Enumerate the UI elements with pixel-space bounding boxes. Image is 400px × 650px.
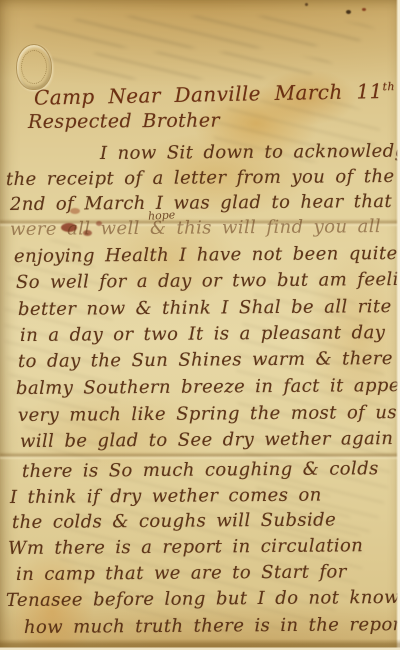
letter-line: better now & think I Shal be all rite xyxy=(18,295,392,321)
letter-line: how much truth there is in the report xyxy=(24,613,400,639)
bleedthrough-writing xyxy=(33,52,336,79)
letter-line: very much like Spring the most of us xyxy=(18,401,397,427)
paper-edge xyxy=(396,0,400,650)
letter-line: I think if dry wether comes on xyxy=(10,484,322,509)
letter-line: there is So much coughing & colds xyxy=(22,457,379,483)
letter-line: balmy Southern breeze in fact it appears xyxy=(16,374,400,400)
letter-line: I now Sit down to acknowledge xyxy=(100,140,400,165)
letter-line: Wm there is a report in circulation xyxy=(8,534,363,560)
salutation: Respected Brother xyxy=(28,109,220,134)
letter-line: 2nd of March I was glad to hear that you xyxy=(10,190,400,216)
letter-page: Camp Near Danville March 11th 1863 Respe… xyxy=(0,0,400,650)
foxing-speck xyxy=(305,3,308,6)
paper-edge xyxy=(0,639,400,650)
bleedthrough-writing xyxy=(24,16,379,48)
letter-line: enjoying Health I have not been quite xyxy=(14,242,398,268)
dateline-ordinal: th xyxy=(382,80,395,93)
dateline: Camp Near Danville March 11th 1863 xyxy=(34,74,400,110)
letter-line: will be glad to See dry wether again xyxy=(20,427,393,453)
letter-line: were all well & this will find you all xyxy=(10,215,381,241)
letter-line: the colds & coughs will Subside xyxy=(12,508,336,534)
letter-line: to day the Sun Shines warm & there is a xyxy=(18,347,400,373)
letter-line: Tenasee before long but I do not know xyxy=(6,586,400,612)
dateline-text: Camp Near Danville March 11 xyxy=(34,79,383,110)
foxing-speck xyxy=(346,10,351,14)
letter-line: So well for a day or two but am feeling xyxy=(16,268,400,294)
inserted-word: hope xyxy=(148,208,176,222)
foxing-speck xyxy=(362,8,366,11)
letter-line: in a day or two It is a pleasant day xyxy=(20,321,385,347)
letter-line: in camp that we are to Start for xyxy=(16,560,347,586)
letter-line: the receipt of a letter from you of the xyxy=(6,165,395,191)
